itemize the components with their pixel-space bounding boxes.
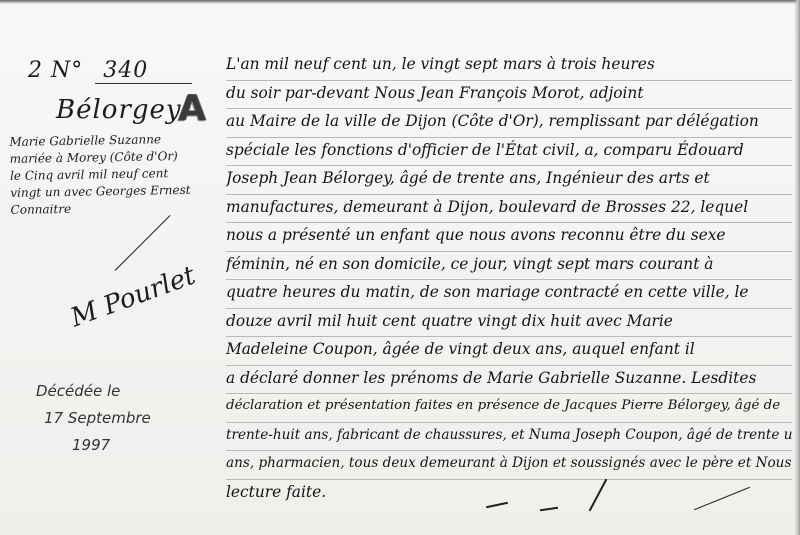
bottom-signatures: Morot <box>480 490 780 520</box>
act-line: Joseph Jean Bélorgey, âgé de trente ans,… <box>226 166 792 195</box>
entry-number-value: 340 <box>95 58 192 84</box>
act-line: au Maire de la ville de Dijon (Côte d'Or… <box>226 109 792 138</box>
annotation-line: Connaitre <box>10 198 230 219</box>
signature-mark <box>486 502 508 509</box>
marriage-annotation: Marie Gabrielle Suzanne mariée à Morey (… <box>9 130 230 219</box>
act-line: quatre heures du matin, de son mariage c… <box>226 280 792 309</box>
entry-number: 2 N° 340 <box>28 58 192 84</box>
entry-number-prefix: N° <box>51 58 83 83</box>
death-line: 1997 <box>72 432 151 459</box>
act-line: L'an mil neuf cent un, le vingt sept mar… <box>226 52 792 81</box>
death-annotation: Décédée le 17 Septembre 1997 <box>36 378 151 459</box>
margin-surname: Bélorgey <box>56 95 182 125</box>
act-line: a déclaré donner les prénoms de Marie Ga… <box>226 366 792 395</box>
act-line: nous a présenté un enfant que nous avons… <box>226 223 792 252</box>
entry-number-lead: 2 <box>28 58 43 83</box>
death-line: Décédée le <box>36 378 151 405</box>
stamp-letter: A <box>178 88 206 129</box>
act-line: trente-huit ans, fabricant de chaussures… <box>226 423 792 452</box>
death-line: 17 Septembre <box>44 405 151 432</box>
signature-mark <box>540 507 558 511</box>
act-line: ans, pharmacien, tous deux demeurant à D… <box>226 451 792 480</box>
act-line: Madeleine Coupon, âgée de vingt deux ans… <box>226 337 792 366</box>
margin-signature: M Pourlet <box>67 261 200 334</box>
act-body: L'an mil neuf cent un, le vingt sept mar… <box>226 52 792 507</box>
signature-stroke <box>115 215 171 271</box>
act-line: féminin, né en son domicile, ce jour, vi… <box>226 252 792 281</box>
act-line: manufactures, demeurant à Dijon, bouleva… <box>226 195 792 224</box>
register-page: 2 N° 340 Bélorgey A Marie Gabrielle Suza… <box>0 0 800 535</box>
page-binding-edge <box>794 0 800 535</box>
act-line: déclaration et présentation faites en pr… <box>226 394 792 423</box>
act-line: du soir par-devant Nous Jean François Mo… <box>226 81 792 110</box>
act-line: douze avril mil huit cent quatre vingt d… <box>226 309 792 338</box>
act-line: spéciale les fonctions d'officier de l'É… <box>226 138 792 167</box>
margin-column: 2 N° 340 Bélorgey A Marie Gabrielle Suza… <box>0 0 225 535</box>
